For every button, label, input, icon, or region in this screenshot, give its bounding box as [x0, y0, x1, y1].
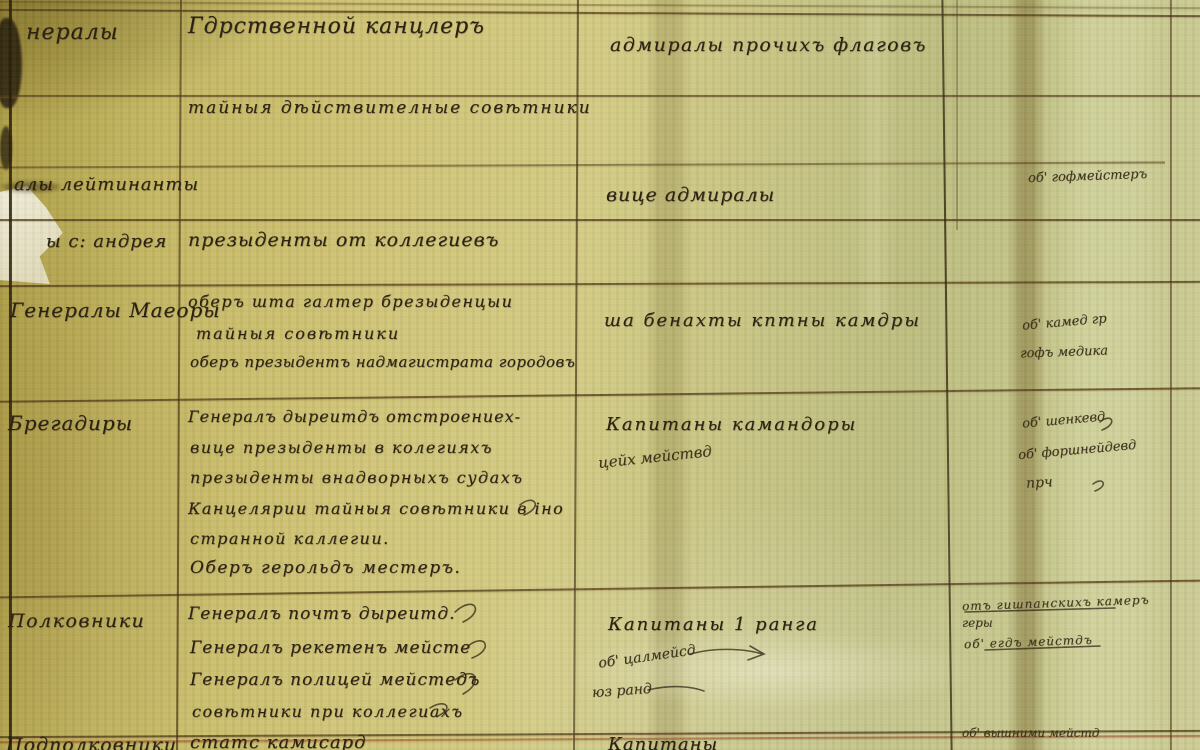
- cell-text: вице адмиралы: [606, 186, 775, 205]
- cell-text: адмиралы прочихъ флаговъ: [610, 36, 927, 55]
- rule-vertical-col3-double: [956, 0, 958, 230]
- cell-text: Генералъ почтъ дыреитд.: [188, 606, 456, 623]
- cell-text: об' цалмейсд: [598, 643, 697, 670]
- cell-text: Капитаны камандоры: [606, 416, 857, 434]
- cell-text: Канцелярии тайныя совѣтники в іно: [188, 501, 564, 517]
- cell-text: оберъ презыдентъ надмагистрата городовъ: [190, 355, 575, 370]
- cell-text: тайныя дѣйствителные совѣтники: [188, 100, 592, 117]
- manuscript-page: нералы Гдрственной канцлеръ адмиралы про…: [0, 0, 1200, 750]
- cell-text: тайныя совѣтники: [196, 326, 400, 342]
- rule-vertical-col1: [176, 0, 182, 750]
- cell-text: Полковники: [8, 612, 145, 631]
- cell-text: гофъ медика: [1020, 344, 1108, 360]
- cell-text: совѣтники при коллегиахъ: [192, 704, 464, 720]
- cell-text: Генералъ полицей мейстедъ: [190, 672, 480, 689]
- rule-horizontal: [0, 161, 1165, 168]
- cell-text: Подполковники: [6, 736, 177, 750]
- cell-text: отъ гишпанскихъ камеръ: [962, 594, 1150, 613]
- cell-text: Капитаны: [608, 736, 718, 750]
- cell-text: ы с: андрея: [46, 233, 167, 251]
- cell-text: цейх мействд: [598, 444, 713, 471]
- edge-ink-blotch: [0, 252, 9, 278]
- cell-text: презыденты внадворныхъ судахъ: [190, 470, 523, 486]
- rule-horizontal: [0, 387, 1200, 403]
- cell-text: презыденты от коллегиевъ: [188, 231, 499, 250]
- rule-horizontal: [0, 580, 1200, 599]
- cell-text: об' шенкевд: [1022, 410, 1106, 430]
- cell-text: юз ранд: [592, 682, 653, 700]
- cell-text: алы лейтинанты: [14, 176, 199, 194]
- cell-text: об' форшнейдевд: [1018, 439, 1137, 462]
- cell-text: Оберъ герольдъ местеръ.: [190, 560, 461, 577]
- cell-text: об' гофмейстеръ: [1028, 168, 1148, 185]
- cell-text: Генералъ дыреитдъ отстроениех-: [188, 409, 521, 425]
- cell-text: Генералъ рекетенъ мейсте: [190, 640, 471, 657]
- cell-text: статс камисард: [190, 734, 367, 750]
- cell-text: ша бенахты кптны камдры: [604, 312, 921, 330]
- cell-text: об' егдъ мейстдъ: [964, 634, 1093, 650]
- cell-text: Брегадиры: [8, 413, 133, 433]
- cell-text: об' камед гр: [1022, 312, 1108, 332]
- cell-text: об' вышними мейстд: [962, 727, 1099, 739]
- cell-text: нералы: [26, 22, 119, 44]
- rule-vertical-col3: [941, 0, 952, 750]
- cell-text: странной каллегии.: [190, 531, 390, 547]
- cell-text: вице презыденты в колегияхъ: [190, 440, 493, 456]
- cell-text: оберъ шта галтер брезыденцыи: [188, 294, 513, 310]
- cell-text: Гдрственной канцлеръ: [188, 16, 485, 38]
- cell-text: Капитаны 1 ранга: [608, 616, 819, 634]
- rule-vertical-left-border: [9, 0, 12, 750]
- cell-text: геры: [962, 617, 993, 629]
- fold-band-col3: [646, 0, 690, 750]
- cell-text: прч: [1026, 475, 1053, 490]
- rule-vertical-col4: [1170, 0, 1172, 750]
